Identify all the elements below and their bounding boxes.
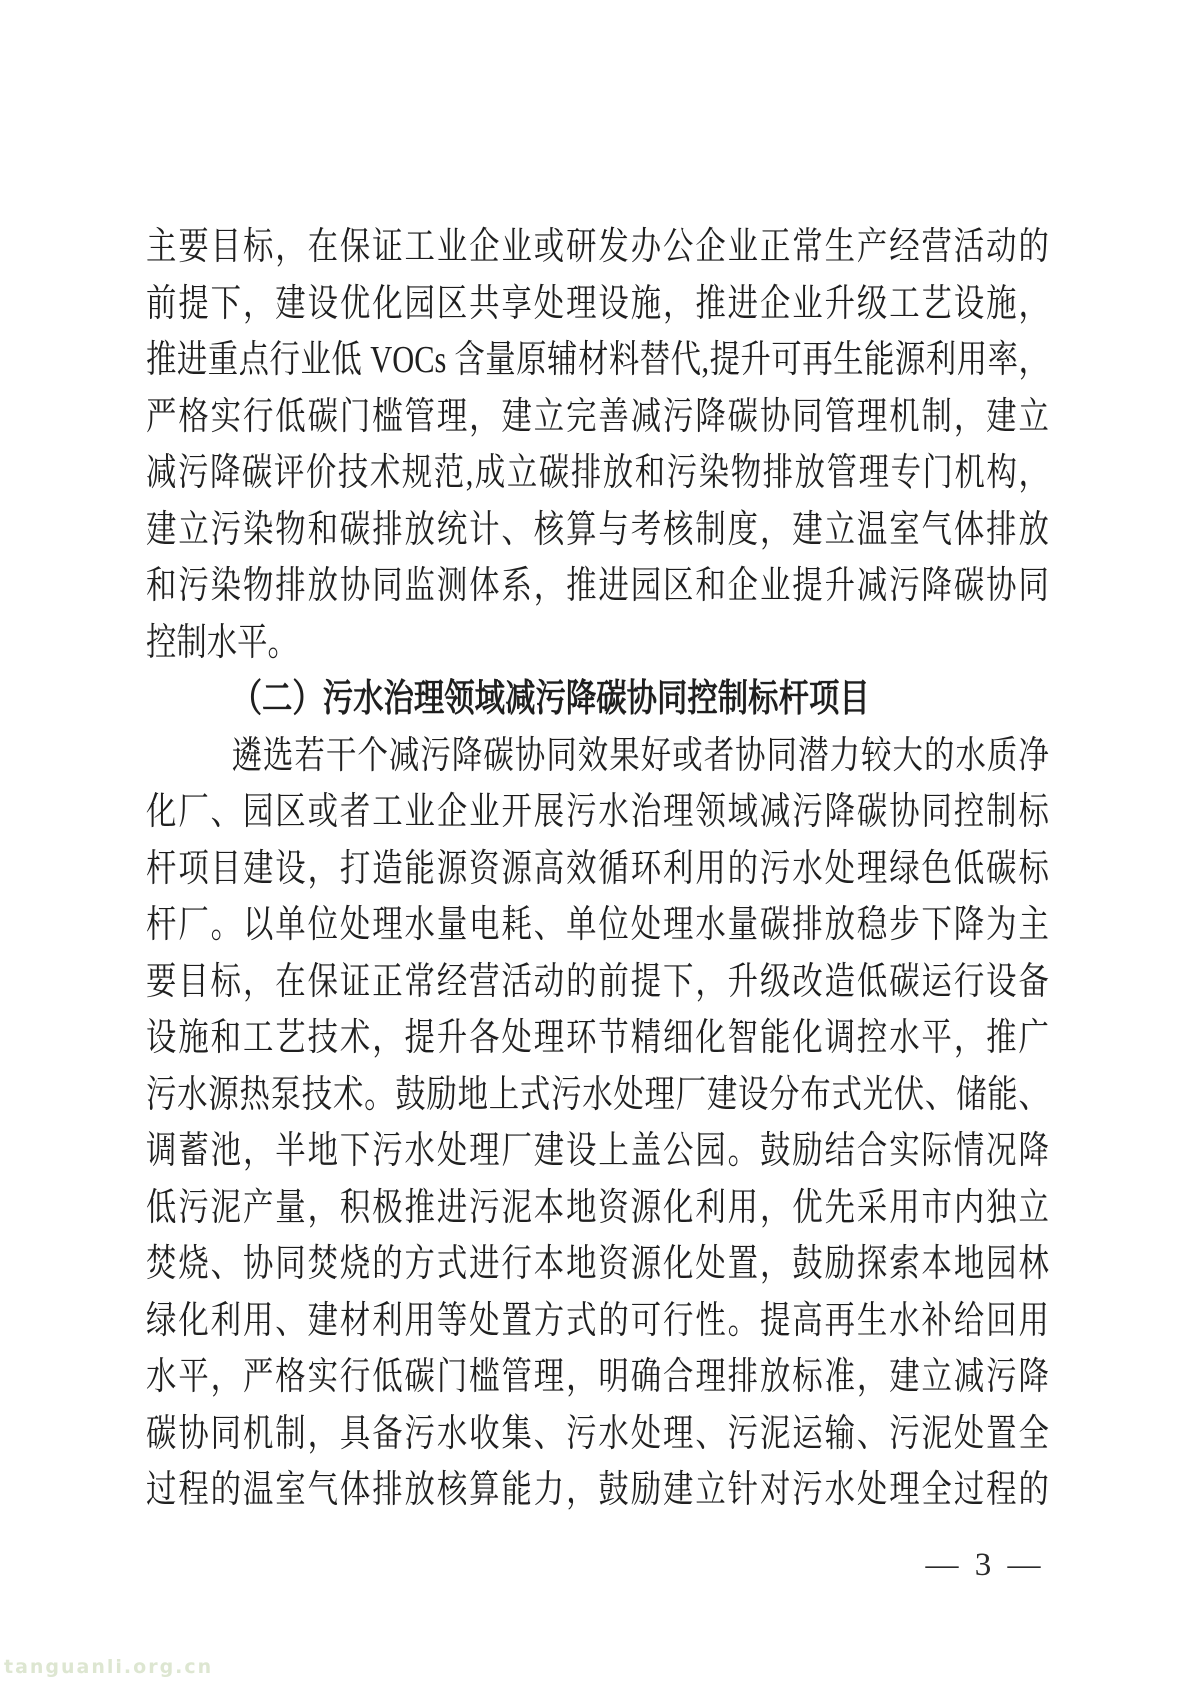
- text-line: 要目标，在保证正常经营活动的前提下，升级改造低碳运行设备: [146, 954, 1049, 1011]
- text-line: 焚烧、协同焚烧的方式进行本地资源化处置，鼓励探索本地园林: [146, 1236, 1049, 1293]
- watermark: tanguanli.org.cn: [4, 1656, 213, 1678]
- page-number: — 3 —: [915, 1545, 1055, 1585]
- document-page: 主要目标，在保证工业企业或研发办公企业正常生产经营活动的 前提下，建设优化园区共…: [0, 0, 1190, 1683]
- text-line: 碳协同机制，具备污水收集、污水处理、污泥运输、污泥处置全: [146, 1406, 1049, 1463]
- text-line: 杆厂。以单位处理水量电耗、单位处理水量碳排放稳步下降为主: [146, 897, 1049, 954]
- text-line: 水平，严格实行低碳门槛管理，明确合理排放标准，建立减污降: [146, 1349, 1049, 1406]
- text-line: 过程的温室气体排放核算能力，鼓励建立针对污水处理全过程的: [146, 1462, 1049, 1519]
- text-line: 化厂、园区或者工业企业开展污水治理领域减污降碳协同控制标: [146, 784, 1049, 841]
- text-line: 建立污染物和碳排放统计、核算与考核制度，建立温室气体排放: [146, 502, 1049, 559]
- text-line: 和污染物排放协同监测体系，推进园区和企业提升减污降碳协同: [146, 558, 1049, 615]
- text-line: 调蓄池，半地下污水处理厂建设上盖公园。鼓励结合实际情况降: [146, 1123, 1049, 1180]
- text-line: 推进重点行业低 VOCs 含量原辅材料替代,提升可再生能源利用率，: [146, 332, 1049, 389]
- text-line: 污水源热泵技术。鼓励地上式污水处理厂建设分布式光伏、储能、: [146, 1067, 1049, 1124]
- text-line: 减污降碳评价技术规范,成立碳排放和污染物排放管理专门机构，: [146, 445, 1049, 502]
- text-line: 前提下，建设优化园区共享处理设施，推进企业升级工艺设施，: [146, 276, 1049, 333]
- section-heading: （二）污水治理领域减污降碳协同控制标杆项目: [146, 671, 1049, 728]
- text-line: 低污泥产量，积极推进污泥本地资源化利用，优先采用市内独立: [146, 1180, 1049, 1237]
- text-line: 遴选若干个减污降碳协同效果好或者协同潜力较大的水质净: [146, 728, 1049, 785]
- text-line: 杆项目建设，打造能源资源高效循环利用的污水处理绿色低碳标: [146, 841, 1049, 898]
- text-line: 设施和工艺技术，提升各处理环节精细化智能化调控水平，推广: [146, 1010, 1049, 1067]
- text-line: 绿化利用、建材利用等处置方式的可行性。提高再生水补给回用: [146, 1293, 1049, 1350]
- text-line: 主要目标，在保证工业企业或研发办公企业正常生产经营活动的: [146, 219, 1049, 276]
- document-text-block: 主要目标，在保证工业企业或研发办公企业正常生产经营活动的 前提下，建设优化园区共…: [146, 219, 1049, 1519]
- text-line: 控制水平。: [146, 615, 1049, 672]
- text-line: 严格实行低碳门槛管理，建立完善减污降碳协同管理机制，建立: [146, 389, 1049, 446]
